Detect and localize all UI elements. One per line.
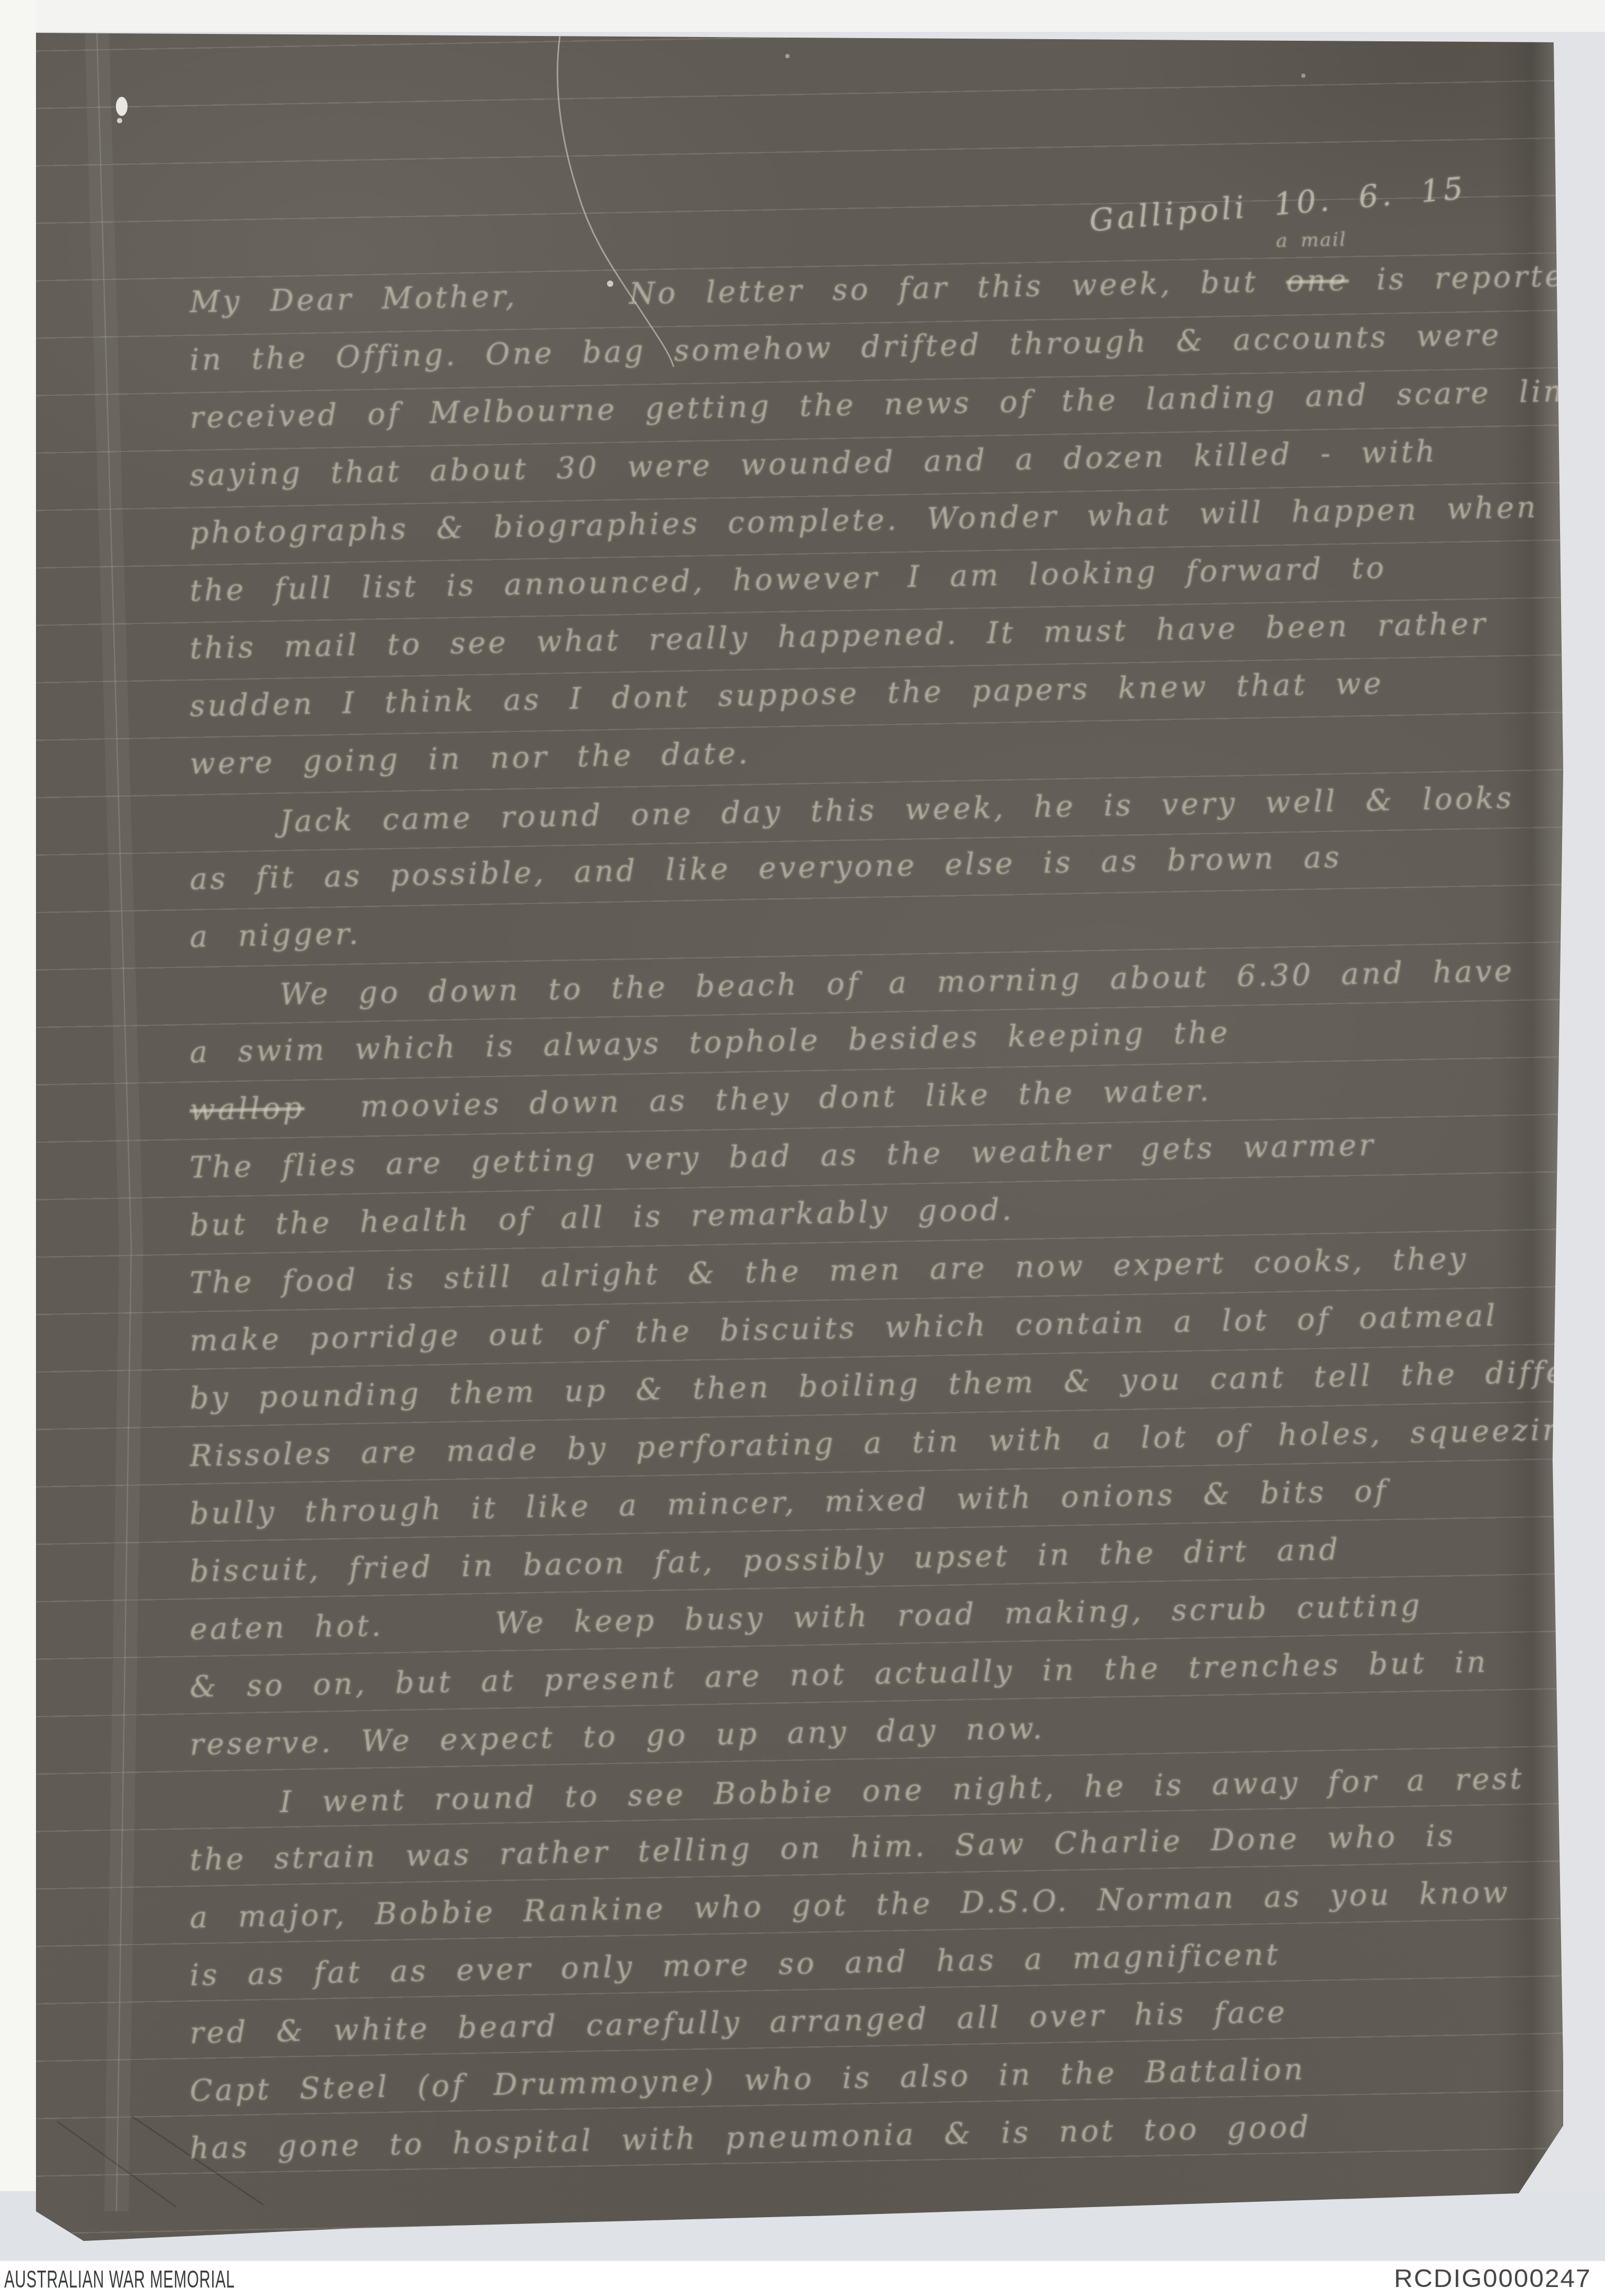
handwriting-line: a swim which is always tophole besides k… bbox=[189, 1016, 1230, 1069]
handwriting-line: were going in nor the date. bbox=[189, 737, 750, 781]
fold-crease bbox=[97, 31, 131, 2211]
paper-hole-tail bbox=[117, 118, 122, 123]
struck-word: wallop bbox=[189, 1091, 305, 1127]
handwriting-line: bully through it like a mincer, mixed wi… bbox=[189, 1475, 1389, 1531]
scan-margin-top bbox=[0, 0, 1605, 32]
handwriting-line: saying that about 30 were wounded and a … bbox=[189, 436, 1438, 492]
inserted-text: a mail bbox=[1276, 230, 1347, 251]
scan-margin-left bbox=[0, 0, 36, 2261]
fold-crease-line bbox=[97, 31, 131, 2211]
white-speck bbox=[785, 54, 790, 58]
handwriting-line: received of Melbourne getting the news o… bbox=[189, 375, 1603, 435]
handwriting-line: is as fat as ever only more so and has a… bbox=[189, 1938, 1281, 1992]
handwriting-line: make porridge out of the biscuits which … bbox=[189, 1300, 1498, 1358]
letter-page: Gallipoli 10. 6. 15 My Dear Mother, No l… bbox=[36, 31, 1563, 2241]
white-speck bbox=[1301, 74, 1305, 78]
handwriting-line: the strain was rather telling on him. Sa… bbox=[189, 1820, 1456, 1877]
handwriting-line: by pounding them up & then boiling them … bbox=[189, 1354, 1605, 1415]
handwriting-line: The food is still alright & the men are … bbox=[189, 1243, 1468, 1300]
handwriting-line: Jack came round one day this week, he is… bbox=[279, 782, 1515, 838]
handwriting-line: as fit as possible, and like everyone el… bbox=[189, 841, 1342, 896]
handwriting-line: has gone to hospital with pneumonia & is… bbox=[189, 2111, 1312, 2165]
handwriting-line: Capt Steel (of Drummoyne) who is also in… bbox=[189, 2054, 1306, 2108]
handwriting-line: wallop moovies down as they dont like th… bbox=[189, 1074, 1212, 1127]
footer-bar: AUSTRALIAN WAR MEMORIAL RCDIG0000247 bbox=[0, 2261, 1605, 2296]
archive-name: AUSTRALIAN WAR MEMORIAL bbox=[4, 2264, 235, 2293]
handwriting-line: but the health of all is remarkably good… bbox=[189, 1194, 1014, 1242]
handwriting-line: the full list is announced, however I am… bbox=[189, 552, 1387, 608]
handwriting-line: My Dear Mother, No letter so far this we… bbox=[189, 257, 1605, 319]
handwriting-line: Rissoles are made by perforating a tin w… bbox=[189, 1413, 1586, 1472]
handwriting-line: I went round to see Bobbie one night, he… bbox=[279, 1762, 1525, 1819]
handwriting-line: this mail to see what really happened. I… bbox=[189, 608, 1488, 665]
crack-scratch bbox=[557, 36, 674, 367]
item-id: RCDIG0000247 bbox=[1394, 2264, 1591, 2293]
handwriting-line: We go down to the beach of a morning abo… bbox=[279, 955, 1515, 1011]
struck-word: onea mail bbox=[1286, 263, 1349, 299]
date-line: Gallipoli 10. 6. 15 bbox=[1088, 173, 1467, 236]
handwriting-line: sudden I think as I dont suppose the pap… bbox=[189, 667, 1384, 723]
handwriting-line: red & white beard carefully arranged all… bbox=[189, 1996, 1287, 2049]
handwriting-line: reserve. We expect to go up any day now. bbox=[189, 1712, 1045, 1761]
paper-hole bbox=[116, 97, 128, 116]
handwriting-line: photographs & biographies complete. Wond… bbox=[189, 491, 1539, 550]
corner-crease bbox=[57, 2121, 176, 2207]
scanned-letter-page: Gallipoli 10. 6. 15 My Dear Mother, No l… bbox=[0, 0, 1605, 2296]
handwriting-line: The flies are getting very bad as the we… bbox=[189, 1129, 1376, 1185]
handwriting-line: a nigger. bbox=[189, 918, 361, 954]
handwriting-line: in the Offing. One bag somehow drifted t… bbox=[189, 319, 1502, 376]
handwriting-line: eaten hot. We keep busy with road making… bbox=[189, 1589, 1422, 1646]
handwriting-line: a major, Bobbie Rankine who got the D.S.… bbox=[189, 1876, 1511, 1934]
handwriting-line: biscuit, fried in bacon fat, possibly up… bbox=[189, 1533, 1341, 1588]
handwriting-line: & so on, but at present are not actually… bbox=[189, 1646, 1489, 1704]
